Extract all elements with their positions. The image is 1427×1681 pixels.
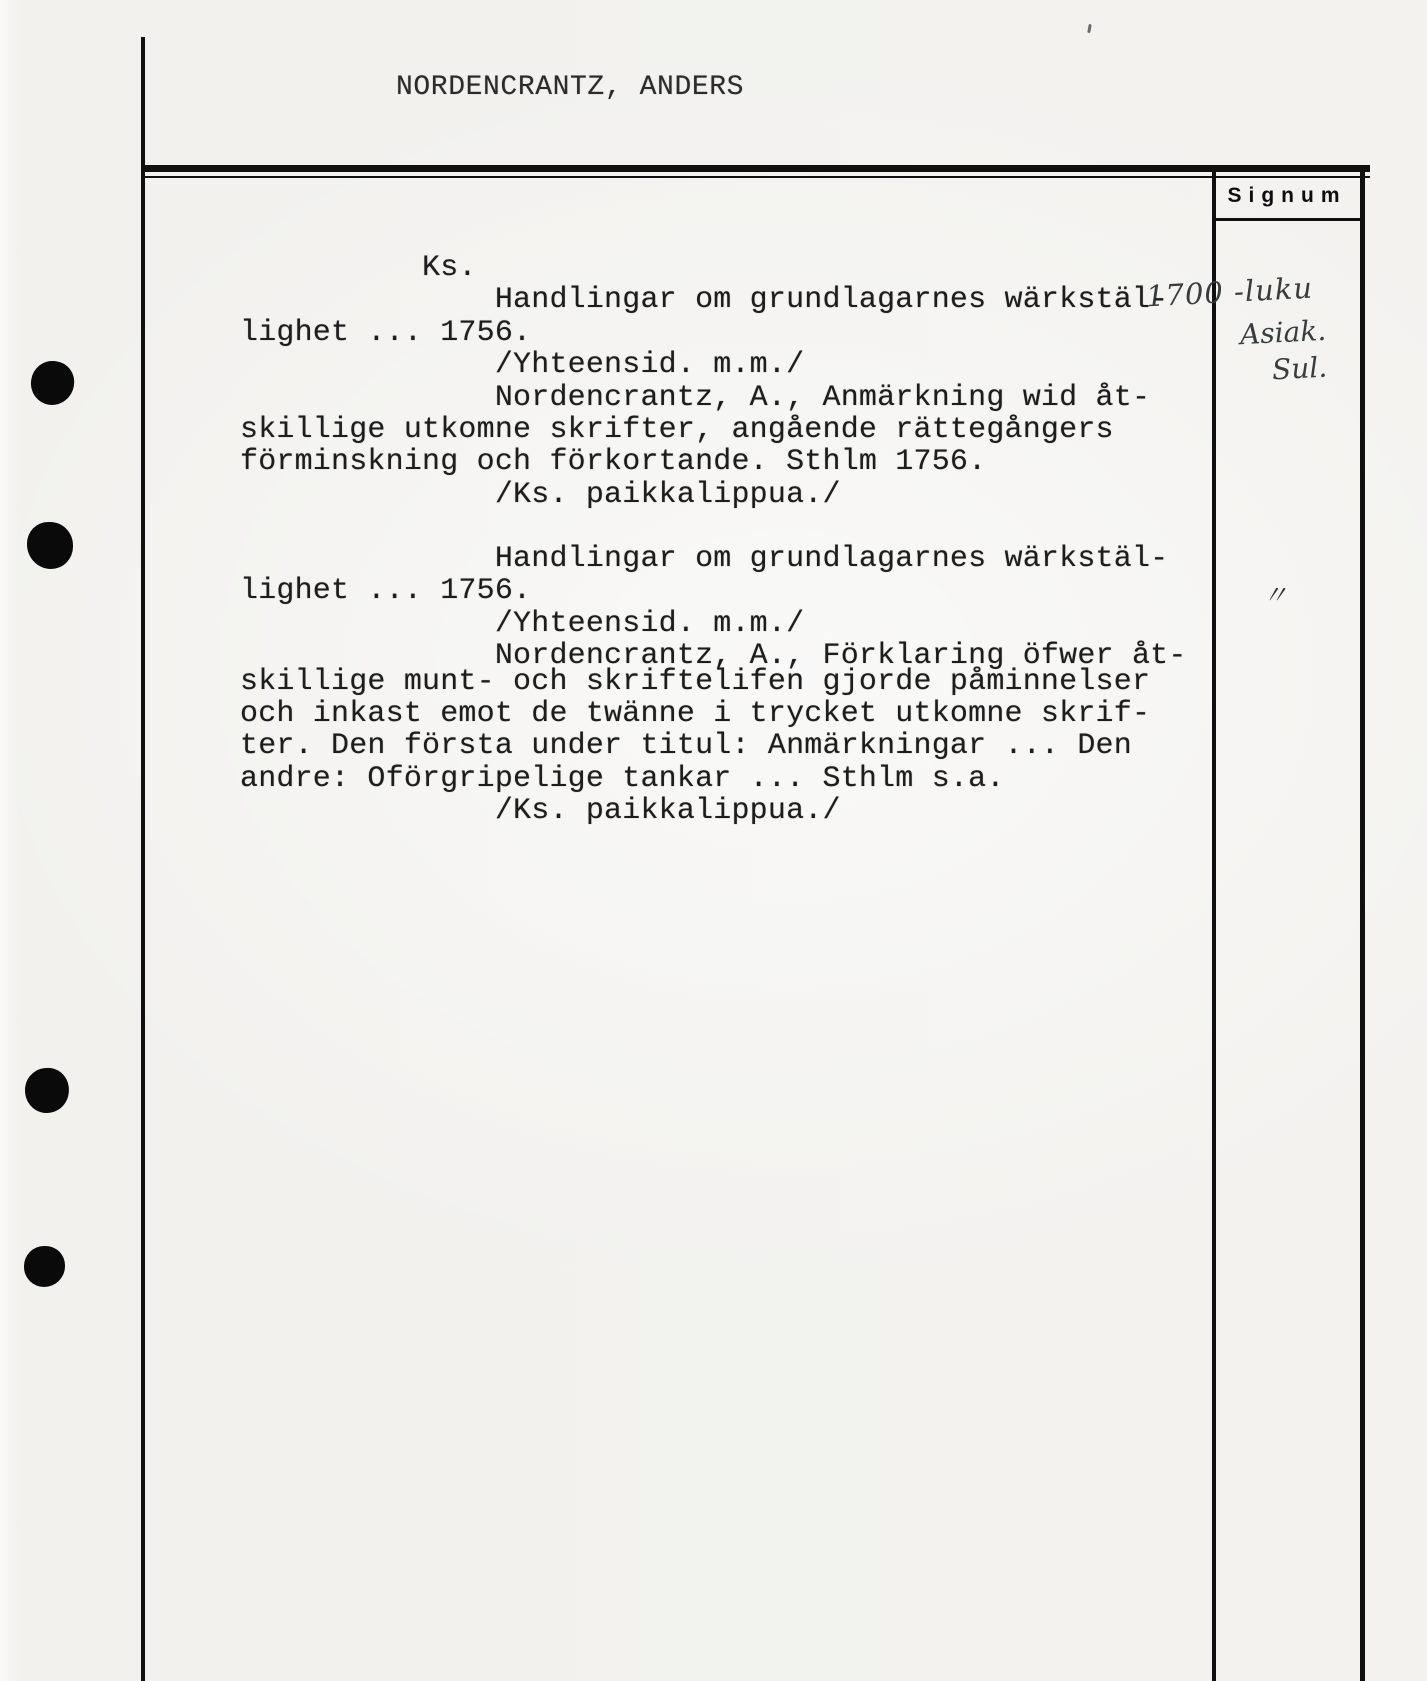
handwritten-signum-line-2: Asiak. [1239,314,1327,351]
entry-1-line: Nordencrantz, A., Anmärkning wid åt- [240,382,1168,414]
entry-2-line: andre: Oförgripelige tankar ... Sthlm s.… [240,763,1187,795]
top-rule-thin [141,176,1370,178]
entry-1-line: skillige utkomne skrifter, angående rätt… [240,414,1168,446]
punch-hole [27,522,73,569]
punch-hole [28,358,77,408]
punch-hole [23,1066,71,1115]
catalog-entry-1: Ks. Handlingar om grundlagarnes wärkstäl… [240,252,1168,511]
catalog-card-scan: NORDENCRANTZ, ANDERS Signum 1700 -luku A… [0,0,1427,1681]
signum-header-bottom-rule [1212,218,1365,221]
entry-1-line: Handlingar om grundlagarnes wärkstäl- [240,284,1168,316]
handwritten-signum-line-3: Sul. [1271,351,1328,387]
entry-2-line: ter. Den första under titul: Anmärkninga… [240,730,1187,762]
signum-column-header: Signum [1212,184,1362,208]
entry-2-line: /Yhteensid. m.m./ [240,608,1187,640]
entry-2-line: och inkast emot de twänne i trycket utko… [240,698,1187,730]
entry-2-line: skillige munt- och skriftelifen gjorde p… [240,666,1187,698]
punch-hole [24,1246,65,1287]
page-title: NORDENCRANTZ, ANDERS [396,72,744,103]
scan-speckle [1087,24,1092,33]
handwritten-ditto-mark: 〃 [1262,575,1288,612]
entry-2-line: Handlingar om grundlagarnes wärkstäl- [240,543,1187,575]
signum-column-right-rule [1360,172,1365,1681]
handwritten-signum-line-1: 1700 -luku [1145,271,1314,314]
entry-1-line: /Ks. paikkalippua./ [240,479,1168,511]
entry-2-line: /Ks. paikkalippua./ [240,795,1187,827]
entry-2-line: lighet ... 1756. [240,575,1187,607]
entry-1-line: Ks. [240,252,1168,284]
entry-1-line: lighet ... 1756. [240,317,1168,349]
signum-column-left-rule [1212,172,1216,1681]
left-margin-rule [141,37,145,1681]
entry-1-line: /Yhteensid. m.m./ [240,349,1168,381]
catalog-entry-2: Handlingar om grundlagarnes wärkstäl- li… [240,543,1187,828]
entry-1-line: förminskning och förkortande. Sthlm 1756… [240,446,1168,478]
top-rule-thick [141,165,1370,172]
